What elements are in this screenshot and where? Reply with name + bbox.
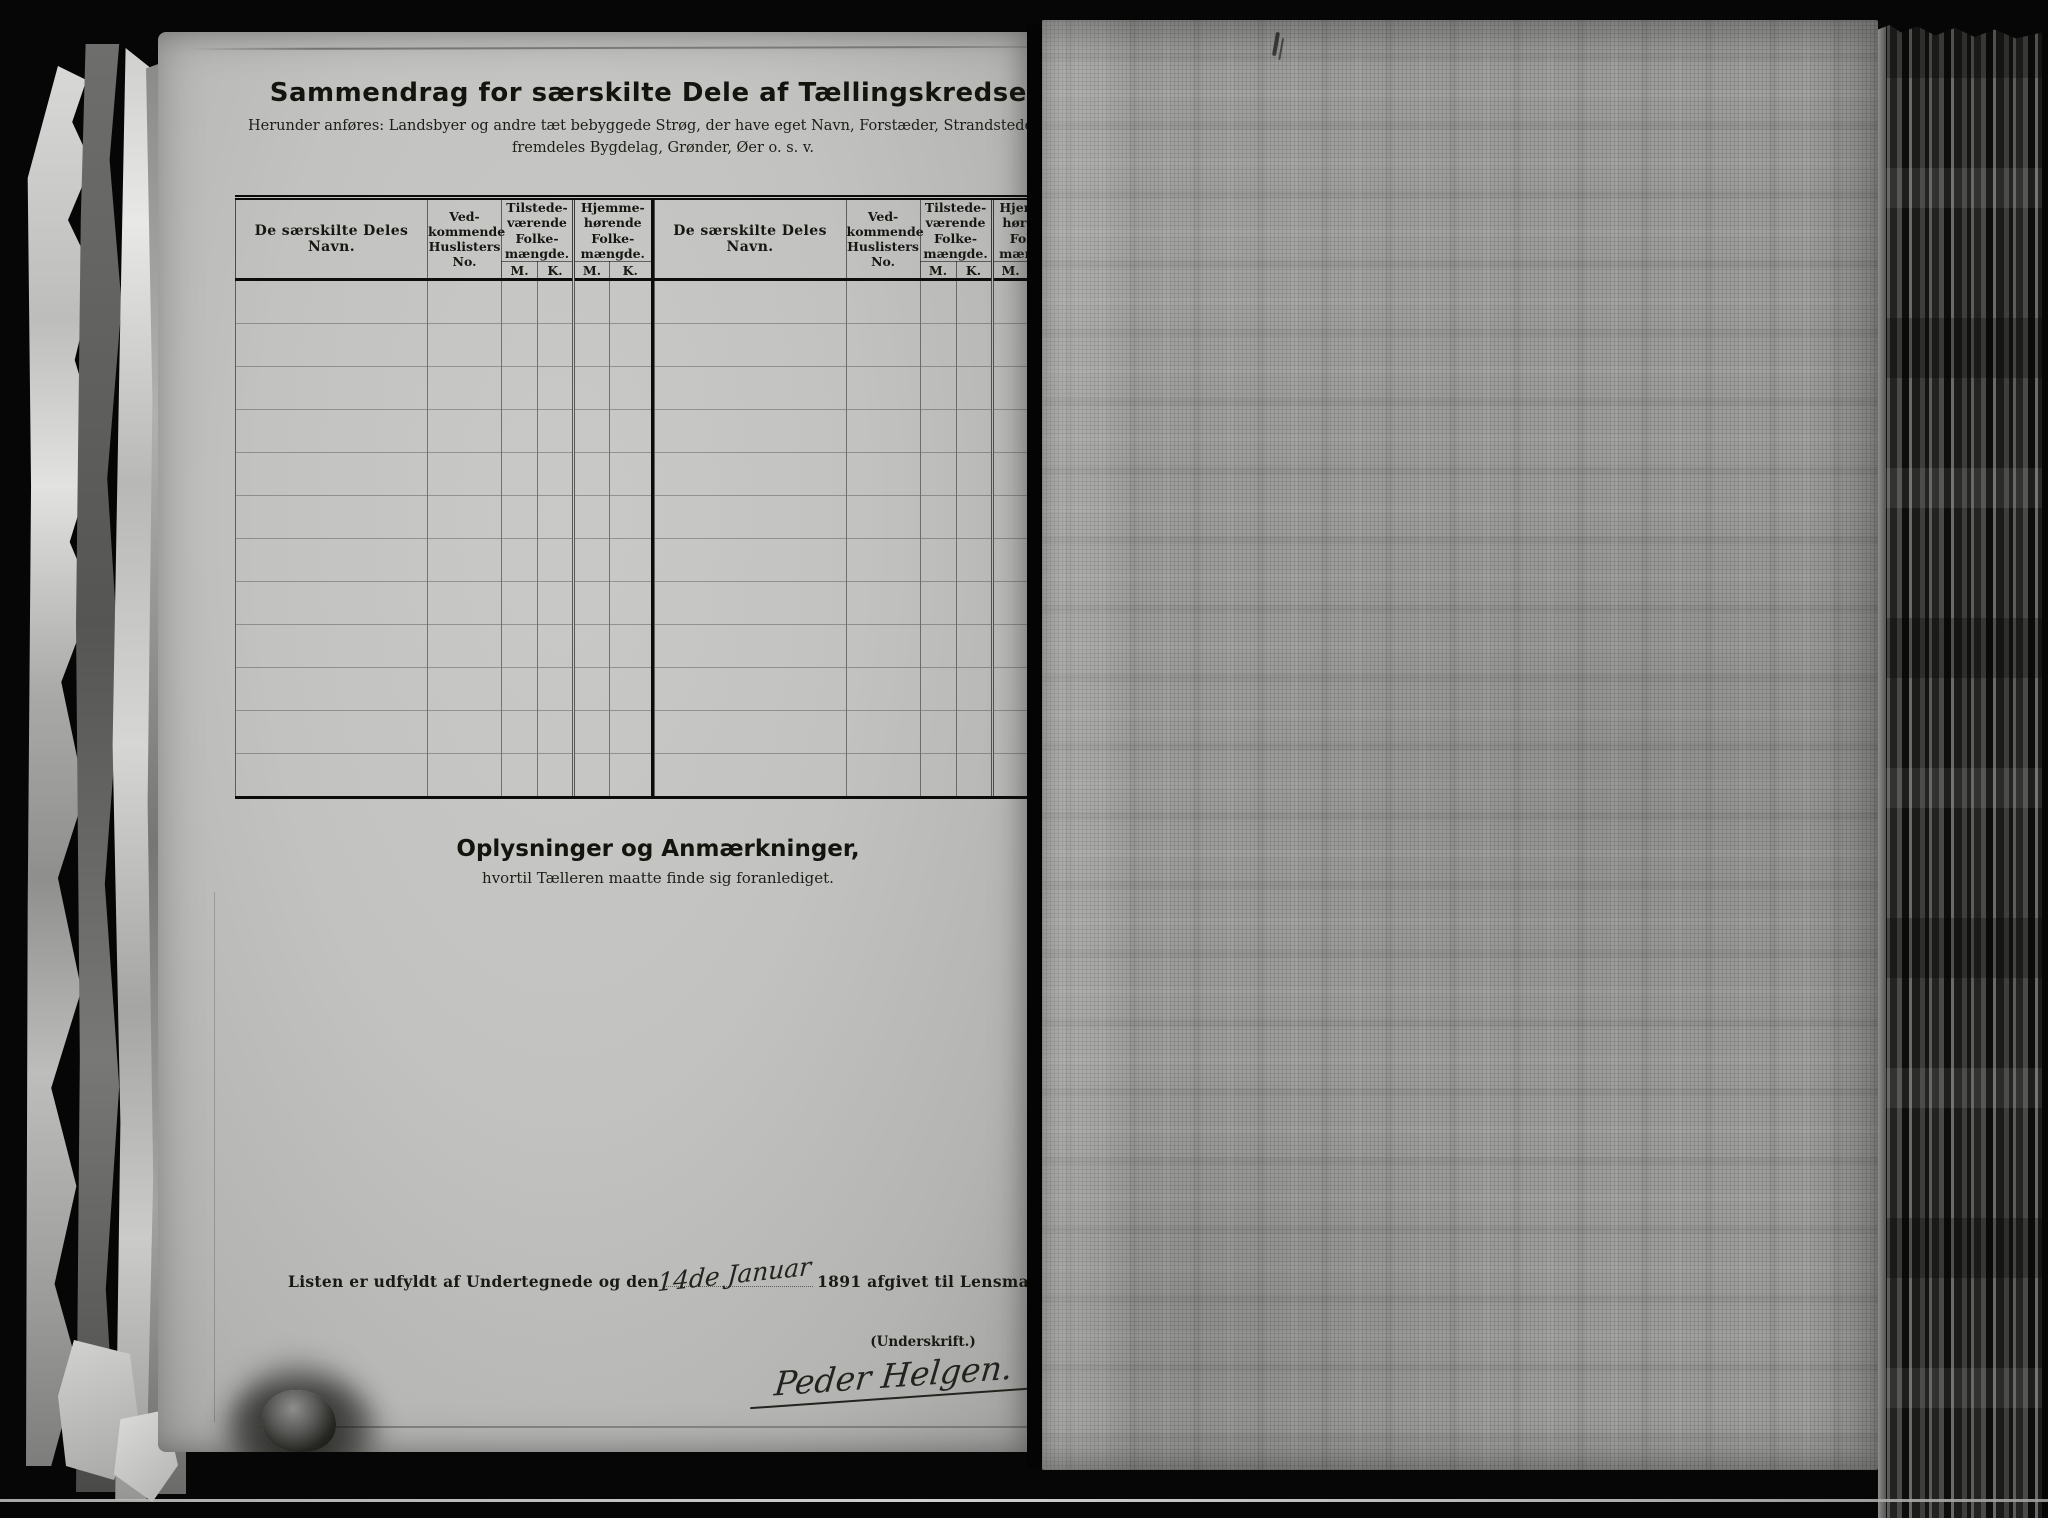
table-cell-empty	[610, 754, 651, 797]
table-cell-empty	[956, 539, 992, 582]
table-cell-empty	[846, 625, 920, 668]
table-cell-empty	[654, 410, 846, 453]
column-header-huslister: Ved- kommende Huslisters No.	[846, 200, 920, 280]
handwritten-date: 14de Januar	[656, 1252, 812, 1298]
table-cell-empty	[654, 668, 846, 711]
table-row	[236, 280, 651, 324]
table-row	[654, 582, 1034, 625]
table-row	[236, 582, 651, 625]
table-cell-empty	[428, 496, 502, 539]
summary-table-right-half: De særskilte Deles Navn. Ved- kommende H…	[654, 200, 1034, 796]
table-cell-empty	[574, 582, 610, 625]
table-row	[654, 453, 1034, 496]
table-cell-empty	[574, 539, 610, 582]
table-cell-empty	[920, 367, 956, 410]
page-crease	[248, 1426, 1034, 1428]
form-subtitle: Herunder anføres: Landsbyer og andre tæt…	[248, 116, 1034, 160]
table-cell-empty	[502, 625, 538, 668]
subcolumn-male: M.	[992, 262, 1028, 280]
table-cell-empty	[574, 754, 610, 797]
table-cell-empty	[502, 280, 538, 324]
table-cell-empty	[574, 410, 610, 453]
table-cell-empty	[538, 453, 574, 496]
table-cell-empty	[236, 453, 428, 496]
column-header-huslister: Ved- kommende Huslisters No.	[428, 200, 502, 280]
table-cell-empty	[992, 668, 1028, 711]
table-cell-empty	[236, 496, 428, 539]
table-cell-empty	[610, 410, 651, 453]
table-cell-empty	[956, 280, 992, 324]
table-row	[236, 625, 651, 668]
table-cell-empty	[428, 625, 502, 668]
table-cell-empty	[502, 754, 538, 797]
table-cell-empty	[846, 410, 920, 453]
subcolumn-male: M.	[574, 262, 610, 280]
form-title: Sammendrag for særskilte Dele af Tælling…	[248, 78, 1034, 108]
table-cell-empty	[428, 280, 502, 324]
table-cell-empty	[236, 582, 428, 625]
table-cell-empty	[920, 324, 956, 367]
table-row	[654, 410, 1034, 453]
table-cell-empty	[428, 582, 502, 625]
table-cell-empty	[236, 410, 428, 453]
notes-section: Oplysninger og Anmærkninger, hvortil Tæl…	[243, 836, 1034, 887]
table-cell-empty	[610, 453, 651, 496]
table-cell-empty	[236, 367, 428, 410]
table-cell-empty	[654, 754, 846, 797]
table-cell-empty	[920, 410, 956, 453]
table-cell-empty	[610, 496, 651, 539]
notes-title: Oplysninger og Anmærkninger,	[243, 836, 1034, 862]
table-cell-empty	[920, 453, 956, 496]
table-cell-empty	[610, 582, 651, 625]
table-cell-empty	[502, 453, 538, 496]
table-row	[654, 625, 1034, 668]
form-subtitle-line2: fremdeles Bygdelag, Grønder, Øer o. s. v…	[248, 138, 1034, 160]
form-header: Sammendrag for særskilte Dele af Tælling…	[248, 78, 1034, 160]
table-cell-empty	[574, 668, 610, 711]
table-cell-empty	[846, 539, 920, 582]
table-cell-empty	[992, 324, 1028, 367]
table-cell-empty	[920, 668, 956, 711]
table-row	[654, 539, 1034, 582]
table-cell-empty	[574, 324, 610, 367]
table-cell-empty	[846, 668, 920, 711]
table-cell-empty	[502, 324, 538, 367]
left-torn-page-edges	[18, 18, 178, 1510]
table-cell-empty	[574, 496, 610, 539]
page-crease	[188, 46, 1034, 50]
date-fill-line: 14de Januar	[663, 1268, 813, 1287]
table-cell-empty	[992, 539, 1028, 582]
declaration-line: Listen er udfyldt af Undertegnede og den…	[288, 1268, 1034, 1291]
column-header-hjemme: Hjemme- hørende Folke- mængde.	[574, 200, 651, 262]
declaration-printed-start: Listen er udfyldt af Undertegnede og den	[288, 1272, 659, 1291]
table-header: De særskilte Deles Navn. Ved- kommende H…	[654, 200, 1034, 280]
table-cell-empty	[920, 754, 956, 797]
table-cell-empty	[610, 280, 651, 324]
table-cell-empty	[610, 324, 651, 367]
table-cell-empty	[956, 668, 992, 711]
table-cell-empty	[502, 711, 538, 754]
table-row	[654, 668, 1034, 711]
signature-section: (Underskrift.) Peder Helgen.	[758, 1334, 1034, 1397]
table-cell-empty	[920, 711, 956, 754]
table-cell-empty	[610, 711, 651, 754]
table-cell-empty	[846, 754, 920, 797]
table-cell-empty	[428, 711, 502, 754]
table-cell-empty	[502, 410, 538, 453]
form-subtitle-line1: Herunder anføres: Landsbyer og andre tæt…	[248, 118, 1034, 134]
table-cell-empty	[654, 324, 846, 367]
table-cell-empty	[956, 410, 992, 453]
desk-edge-line	[0, 1499, 2048, 1502]
declaration-printed-middle: 1891 afgivet til Lensmand	[817, 1272, 1034, 1291]
table-cell-empty	[846, 711, 920, 754]
subcolumn-female: K.	[538, 262, 574, 280]
table-cell-empty	[538, 668, 574, 711]
table-cell-empty	[846, 367, 920, 410]
table-cell-empty	[956, 754, 992, 797]
table-cell-empty	[236, 324, 428, 367]
table-cell-empty	[502, 582, 538, 625]
table-cell-empty	[236, 539, 428, 582]
table-cell-empty	[610, 367, 651, 410]
table-cell-empty	[428, 754, 502, 797]
table-cell-empty	[654, 625, 846, 668]
table-cell-empty	[236, 711, 428, 754]
subcolumn-female: K.	[610, 262, 651, 280]
table-cell-empty	[956, 453, 992, 496]
table-body	[654, 280, 1034, 797]
summary-table-left-half: De særskilte Deles Navn. Ved- kommende H…	[235, 200, 651, 796]
table-cell-empty	[538, 324, 574, 367]
table-cell-empty	[992, 453, 1028, 496]
table-cell-empty	[610, 539, 651, 582]
table-cell-empty	[992, 625, 1028, 668]
summary-table: De særskilte Deles Navn. Ved- kommende H…	[235, 195, 1034, 799]
table-cell-empty	[956, 711, 992, 754]
table-cell-empty	[956, 496, 992, 539]
table-cell-empty	[992, 754, 1028, 797]
table-row	[236, 711, 651, 754]
table-cell-empty	[538, 496, 574, 539]
table-cell-empty	[956, 582, 992, 625]
table-cell-empty	[574, 280, 610, 324]
table-cell-empty	[574, 453, 610, 496]
table-cell-empty	[992, 496, 1028, 539]
table-cell-empty	[538, 582, 574, 625]
table-cell-empty	[992, 711, 1028, 754]
table-cell-empty	[236, 625, 428, 668]
table-cell-empty	[846, 496, 920, 539]
table-cell-empty	[502, 668, 538, 711]
table-cell-empty	[846, 324, 920, 367]
table-cell-empty	[428, 453, 502, 496]
table-cell-empty	[654, 280, 846, 324]
table-cell-empty	[846, 453, 920, 496]
table-cell-empty	[574, 711, 610, 754]
table-cell-empty	[428, 324, 502, 367]
table-cell-empty	[538, 711, 574, 754]
table-cell-empty	[428, 668, 502, 711]
table-cell-empty	[654, 539, 846, 582]
table-cell-empty	[428, 367, 502, 410]
census-form-page: Sammendrag for særskilte Dele af Tælling…	[158, 32, 1034, 1452]
column-header-name: De særskilte Deles Navn.	[236, 200, 428, 280]
table-cell-empty	[236, 754, 428, 797]
handwritten-signature: Peder Helgen.	[750, 1346, 1034, 1409]
subcolumn-male: M.	[920, 262, 956, 280]
table-cell-empty	[920, 280, 956, 324]
table-row	[236, 539, 651, 582]
table-cell-empty	[428, 410, 502, 453]
right-torn-page-edges	[1878, 22, 2042, 1518]
table-row	[654, 711, 1034, 754]
column-header-tilstede: Tilstede- værende Folke- mængde.	[502, 200, 574, 262]
column-header-name: De særskilte Deles Navn.	[654, 200, 846, 280]
table-cell-empty	[846, 280, 920, 324]
page-crease	[214, 892, 215, 1422]
table-cell-empty	[956, 367, 992, 410]
cloth-cover-page	[1042, 20, 1878, 1470]
page-holder-thumb-shadow	[262, 1390, 336, 1452]
table-row	[236, 754, 651, 797]
table-cell-empty	[538, 410, 574, 453]
table-cell-empty	[538, 754, 574, 797]
table-cell-empty	[956, 625, 992, 668]
table-header: De særskilte Deles Navn. Ved- kommende H…	[236, 200, 651, 280]
table-row	[236, 410, 651, 453]
table-cell-empty	[992, 280, 1028, 324]
table-cell-empty	[538, 539, 574, 582]
table-cell-empty	[654, 367, 846, 410]
table-row	[654, 754, 1034, 797]
table-row	[236, 668, 651, 711]
subcolumn-male: M.	[502, 262, 538, 280]
table-cell-empty	[920, 539, 956, 582]
table-row	[236, 367, 651, 410]
table-cell-empty	[574, 367, 610, 410]
table-cell-empty	[654, 711, 846, 754]
table-cell-empty	[956, 324, 992, 367]
signature-label: (Underskrift.)	[758, 1334, 1034, 1350]
ink-smudge	[1272, 32, 1280, 56]
table-cell-empty	[502, 539, 538, 582]
table-cell-empty	[236, 280, 428, 324]
table-row	[654, 280, 1034, 324]
table-row	[654, 496, 1034, 539]
table-cell-empty	[846, 582, 920, 625]
notes-subtitle: hvortil Tælleren maatte finde sig foranl…	[243, 869, 1034, 887]
table-cell-empty	[654, 582, 846, 625]
table-cell-empty	[920, 496, 956, 539]
table-row	[236, 496, 651, 539]
table-cell-empty	[654, 453, 846, 496]
table-cell-empty	[610, 668, 651, 711]
table-cell-empty	[236, 668, 428, 711]
table-cell-empty	[428, 539, 502, 582]
scanned-census-book-photo: { "colors": { "background": "#060606", "…	[0, 0, 2048, 1518]
table-cell-empty	[920, 625, 956, 668]
table-row	[236, 453, 651, 496]
table-cell-empty	[574, 625, 610, 668]
table-row	[236, 324, 651, 367]
table-cell-empty	[992, 582, 1028, 625]
table-cell-empty	[992, 367, 1028, 410]
table-cell-empty	[538, 625, 574, 668]
table-cell-empty	[502, 367, 538, 410]
table-cell-empty	[654, 496, 846, 539]
table-cell-empty	[920, 582, 956, 625]
column-header-tilstede: Tilstede- værende Folke- mængde.	[920, 200, 992, 262]
table-cell-empty	[992, 410, 1028, 453]
table-body	[236, 280, 651, 797]
table-cell-empty	[538, 280, 574, 324]
subcolumn-female: K.	[956, 262, 992, 280]
table-cell-empty	[538, 367, 574, 410]
table-cell-empty	[502, 496, 538, 539]
table-row	[654, 367, 1034, 410]
table-cell-empty	[610, 625, 651, 668]
table-row	[654, 324, 1034, 367]
